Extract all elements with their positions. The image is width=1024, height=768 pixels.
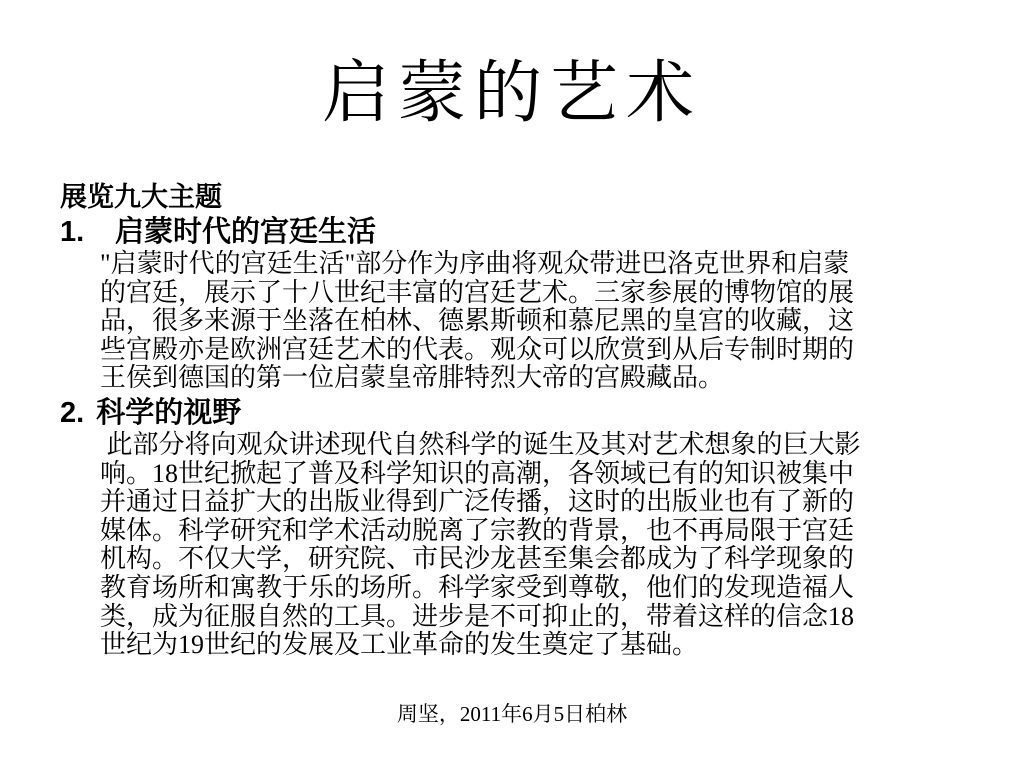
paragraph-1: "启蒙时代的宫廷生活"部分作为序曲将观众带进巴洛克世界和启蒙 的宫廷，展示了十八… [60,250,950,393]
paragraph-2-line: 此部分将向观众讲述现代自然科学的诞生及其对艺术想象的巨大影 [100,431,950,460]
paragraph-2-line: 教育场所和寓教于乐的场所。科学家受到尊敬，他们的发现造福人 [100,574,950,603]
paragraph-2-line: 类，成为征服自然的工具。进步是不可抑止的，带着这样的信念18 [100,603,950,632]
item-2-heading: 科学的视野 [96,395,241,431]
paragraph-2-line: 世纪为19世纪的发展及工业革命的发生奠定了基础。 [100,631,950,660]
paragraph-2: 此部分将向观众讲述现代自然科学的诞生及其对艺术想象的巨大影 响。18世纪掀起了普… [60,431,950,660]
paragraph-2-line: 响。18世纪掀起了普及科学知识的高潮，各领域已有的知识被集中 [100,460,950,489]
list-item-2: 2. 科学的视野 [60,395,950,431]
presentation-slide: 启蒙的艺术 展览九大主题 1. 启蒙时代的宫廷生活 "启蒙时代的宫廷生活"部分作… [0,0,1024,768]
item-1-heading: 启蒙时代的宫廷生活 [115,214,376,250]
paragraph-1-line: 的宫廷，展示了十八世纪丰富的宫廷艺术。三家参展的博物馆的展 [100,279,950,308]
list-item-1: 1. 启蒙时代的宫廷生活 [60,214,950,250]
paragraph-2-line: 机构。不仅大学，研究院、市民沙龙甚至集会都成为了科学现象的 [100,545,950,574]
item-1-number: 1. [60,214,115,250]
slide-body: 展览九大主题 1. 启蒙时代的宫廷生活 "启蒙时代的宫廷生活"部分作为序曲将观众… [60,181,950,660]
paragraph-1-line: 品，很多来源于坐落在柏林、德累斯顿和慕尼黑的皇宫的收藏，这 [100,307,950,336]
paragraph-2-line: 媒体。科学研究和学术活动脱离了宗教的背景，也不再局限于宫廷 [100,517,950,546]
slide-title: 启蒙的艺术 [0,46,1024,140]
paragraph-1-line: 些宫殿亦是欧洲宫廷艺术的代表。观众可以欣赏到从后专制时期的 [100,336,950,365]
slide-footer: 周坚，2011年6月5日柏林 [0,701,1024,727]
paragraph-2-line: 并通过日益扩大的出版业得到广泛传播，这时的出版业也有了新的 [100,488,950,517]
paragraph-1-line: "启蒙时代的宫廷生活"部分作为序曲将观众带进巴洛克世界和启蒙 [100,250,950,279]
section-header: 展览九大主题 [60,181,950,214]
item-2-number: 2. [60,395,84,431]
paragraph-1-line: 王侯到德国的第一位启蒙皇帝腓特烈大帝的宫殿藏品。 [100,364,950,393]
